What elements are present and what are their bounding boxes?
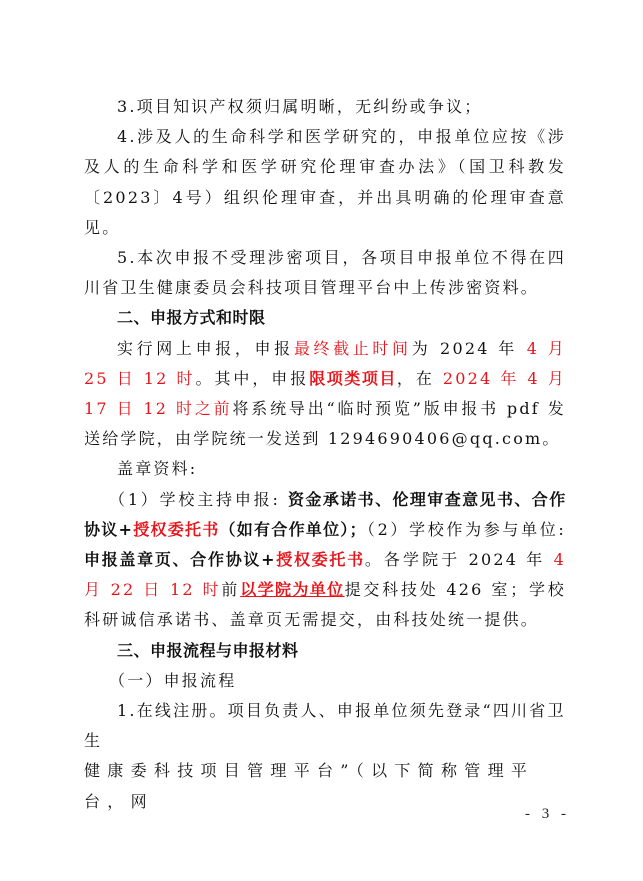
step-1-line-1: 1.在线注册。项目负责人、申报单位须先登录“四川省卫生 [84,696,566,756]
deadline-highlight: 最终截止时间 [294,339,412,358]
section-3-subtitle: （一）申报流程 [84,666,566,696]
page-number: - 3 - [525,806,570,823]
document-page: 3.项目知识产权须归属明晰，无纠纷或争议； 4.涉及人的生命科学和医学研究的，申… [84,92,566,817]
limited-projects-highlight: 限项类项目 [309,369,397,388]
item-4: 4.涉及人的生命科学和医学研究的，申报单位应按《涉及人的生命科学和医学研究伦理审… [84,122,566,243]
text: 为 2024 年 [412,339,527,358]
authorization-highlight: 授权委托书 [275,550,364,569]
text: （1）学校主持申报: [109,490,288,509]
by-college-highlight: 以学院为单位 [240,580,344,599]
step-1-line-2: 健康委科技项目管理平台”（以下简称管理平台，网 [84,756,566,816]
section-3-title: 三、申报流程与申报材料 [84,636,566,666]
seal-paragraph: （1）学校主持申报: 资金承诺书、伦理审查意见书、合作协议+授权委托书（如有合作… [84,485,566,636]
bold-text: （如有合作单位）； [220,520,367,539]
text: （2）学校作为参与单位: [366,520,566,539]
text: 。各学院于 2024 年 [365,550,554,569]
text: ，在 [397,369,443,388]
authorization-highlight: 授权委托书 [133,520,220,539]
item-3: 3.项目知识产权须归属明晰，无纠纷或争议； [84,92,566,122]
item-5: 5.本次申报不受理涉密项目，各项目申报单位不得在四川省卫生健康委员会科技项目管理… [84,243,566,303]
text: 前 [221,580,240,599]
section-2-title: 二、申报方式和时限 [84,303,566,333]
seal-label: 盖章资料: [84,454,566,484]
section-2-paragraph: 实行网上申报，申报最终截止时间为 2024 年 4 月 25 日 12 时。其中… [84,334,566,455]
text: 实行网上申报，申报 [117,339,294,358]
text: 。其中，申报 [196,369,310,388]
bold-text: 申报盖章页、合作协议+ [84,550,275,569]
